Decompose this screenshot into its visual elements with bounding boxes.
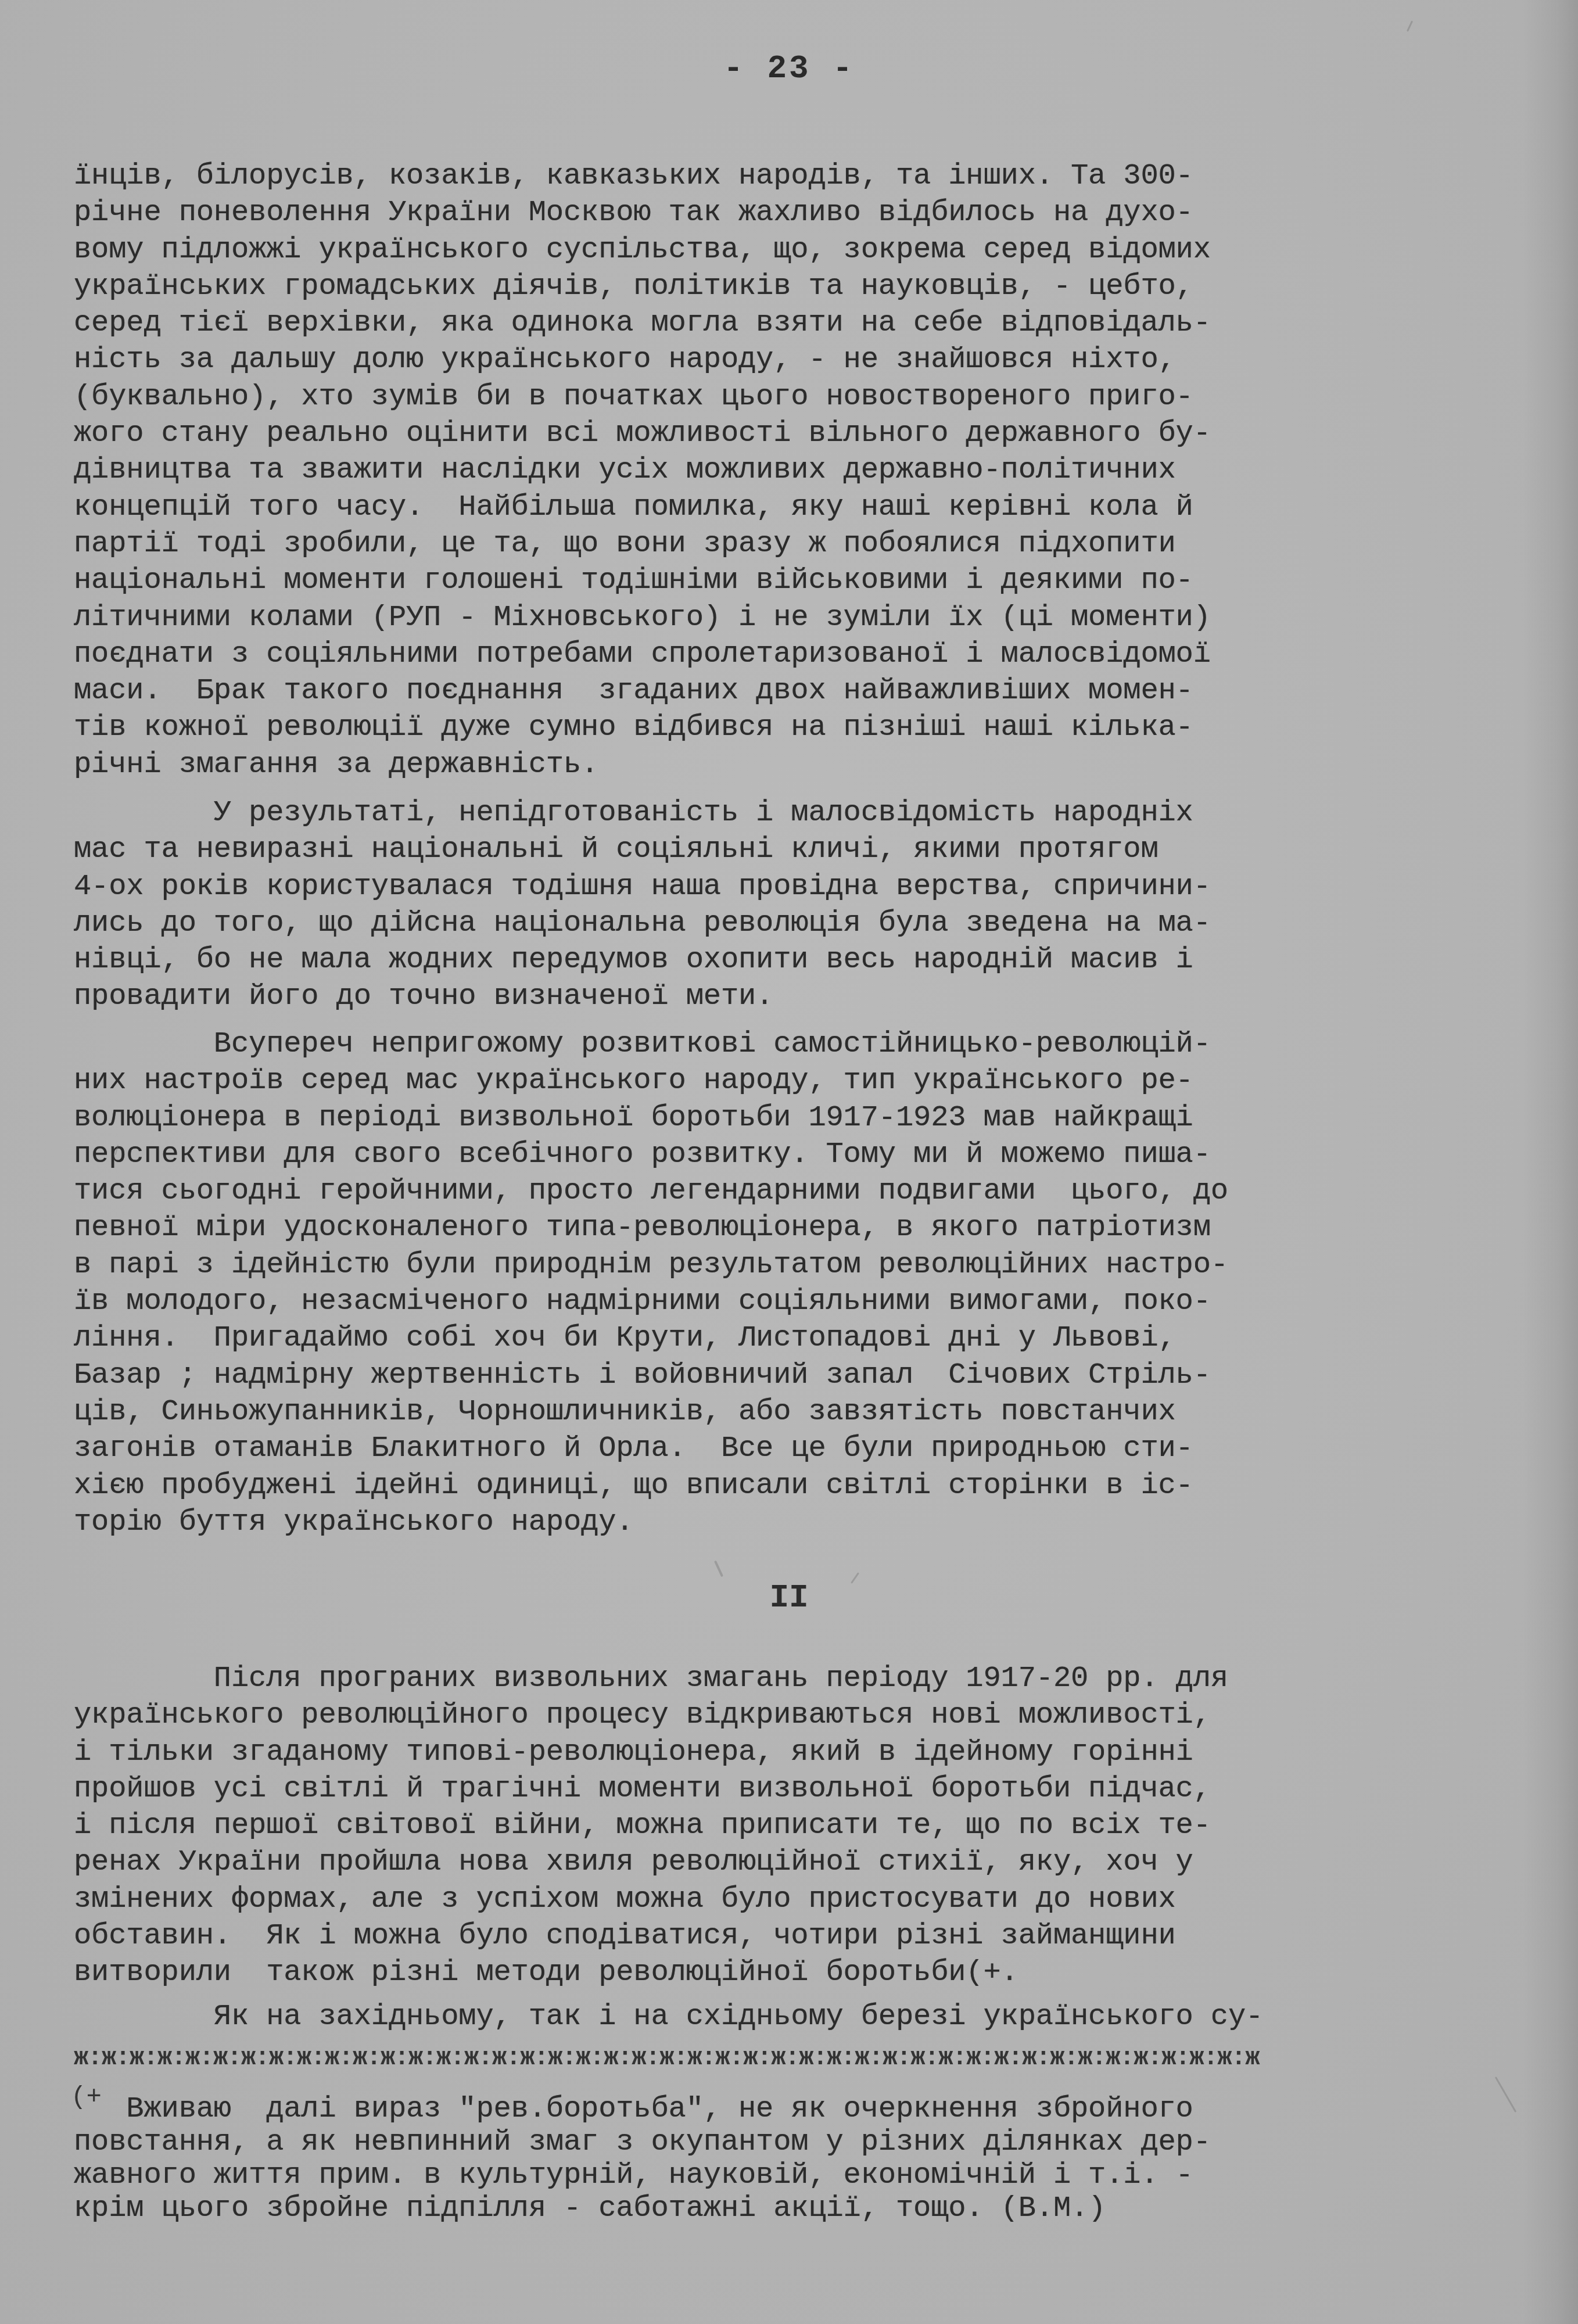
text-line: 4-ох років користувалася тодішня наша пр… (74, 869, 1509, 905)
text-line: (буквально), хто зумів би в початках цьо… (74, 379, 1509, 415)
paragraph-3: Всупереч непригожому розвиткові самостій… (74, 1026, 1509, 1541)
text-line: маси. Брак такого поєднання згаданих дво… (74, 673, 1509, 709)
text-line: партії тоді зробили, це та, що вони зраз… (74, 526, 1509, 562)
text-line: волюціонера в періоді визвольної боротьб… (74, 1100, 1509, 1136)
text-line: річне поневолення України Москвою так жа… (74, 195, 1509, 231)
text-line: лись до того, що дійсна національна рево… (74, 905, 1509, 942)
text-line: тів кожної революції дуже сумно відбився… (74, 709, 1509, 746)
footnote-line: повстання, а як невпинний змаг з окупант… (74, 2126, 1509, 2159)
text-line: змінених формах, але з успіхом можна бул… (74, 1881, 1509, 1918)
text-line: пройшов усі світлі й трагічні моменти ви… (74, 1771, 1509, 1807)
paragraph-2: У результаті, непідготованість і малосві… (74, 795, 1509, 1016)
text-line: хією пробуджені ідейні одиниці, що вписа… (74, 1468, 1509, 1504)
text-line: їнців, білорусів, козаків, кавказьких на… (74, 158, 1509, 195)
text-line: ців, Синьожупанників, Чорношличників, аб… (74, 1394, 1509, 1430)
text-line: річні змагання за державність. (74, 747, 1509, 783)
text-line: дівництва та зважити наслідки усіх можли… (74, 452, 1509, 489)
text-line: них настроїв серед мас українського наро… (74, 1063, 1509, 1099)
text-line: обставин. Як і можна було сподіватися, ч… (74, 1918, 1509, 1954)
text-line: жого стану реально оцінити всі можливост… (74, 415, 1509, 452)
typewritten-page: - 23 - їнців, білорусів, козаків, кавказ… (0, 0, 1578, 2324)
text-line: ренах України пройшла нова хвиля революц… (74, 1844, 1509, 1881)
paper-scratch (714, 1561, 723, 1577)
text-line: вому підложжі українського суспільства, … (74, 232, 1509, 268)
text-line: ність за дальшу долю українського народу… (74, 342, 1509, 378)
text-line: і тільки згаданому типові-революціонера,… (74, 1734, 1509, 1771)
paragraph-1: їнців, білорусів, козаків, кавказьких на… (74, 158, 1509, 783)
text-line: в парі з ідейністю були природнім резуль… (74, 1247, 1509, 1283)
text-line: торію буття українського народу. (74, 1504, 1509, 1541)
text-line: українського революційного процесу відкр… (74, 1697, 1509, 1734)
text-line: концепцій того часу. Найбільша помилка, … (74, 489, 1509, 526)
text-line: Як на західньому, так і на східньому бер… (74, 1999, 1509, 2035)
text-line: перспективи для свого всебічного розвитк… (74, 1136, 1509, 1173)
footnote: Вживаю далі вираз "рев.боротьба", не як … (74, 2093, 1509, 2225)
text-line: поєднати з соціяльними потребами спролет… (74, 636, 1509, 673)
footnote-separator: ж:ж:ж:ж:ж:ж:ж:ж:ж:ж:ж:ж:ж:ж:ж:ж:ж:ж:ж:ж:… (74, 2040, 1509, 2075)
page-number: - 23 - (0, 51, 1578, 86)
paragraph-4: Після програних визвольних змагань періо… (74, 1660, 1509, 1992)
text-line: Базар ; надмірну жертвенність і войовнич… (74, 1357, 1509, 1394)
text-line: українських громадських діячів, політикі… (74, 268, 1509, 305)
text-line: ління. Пригадаймо собі хоч би Крути, Лис… (74, 1320, 1509, 1357)
text-line: серед тієї верхівки, яка одинока могла в… (74, 305, 1509, 342)
footnote-line: крім цього збройне підпілля - саботажні … (74, 2192, 1509, 2225)
paper-scratch (1407, 20, 1413, 31)
text-line: певної міри удосконаленого типа-революці… (74, 1210, 1509, 1246)
text-line: Після програних визвольних змагань періо… (74, 1660, 1509, 1697)
text-line: провадити його до точно визначеної мети. (74, 978, 1509, 1015)
text-line: мас та невиразні національні й соціяльні… (74, 831, 1509, 868)
text-line: нівці, бо не мала жодних передумов охопи… (74, 942, 1509, 978)
text-line: загонів отаманів Блакитного й Орла. Все … (74, 1430, 1509, 1467)
text-line: їв молодого, незасміченого надмірними со… (74, 1283, 1509, 1320)
paragraph-5: Як на західньому, так і на східньому бер… (74, 1999, 1509, 2035)
section-heading: II (0, 1579, 1578, 1616)
text-line: У результаті, непідготованість і малосві… (74, 795, 1509, 831)
text-line: і після першої світової війни, можна при… (74, 1807, 1509, 1844)
footnote-line: жавного життя прим. в культурній, науков… (74, 2159, 1509, 2192)
text-line: витворили також різні методи революційно… (74, 1954, 1509, 1991)
footnote-line: Вживаю далі вираз "рев.боротьба", не як … (74, 2093, 1509, 2126)
text-line: тися сьогодні геройчними, просто легенда… (74, 1173, 1509, 1210)
text-line: літичними колами (РУП - Міхновського) і … (74, 600, 1509, 636)
text-line: національні моменти голошені тодішніми в… (74, 562, 1509, 599)
text-line: Всупереч непригожому розвиткові самостій… (74, 1026, 1509, 1063)
